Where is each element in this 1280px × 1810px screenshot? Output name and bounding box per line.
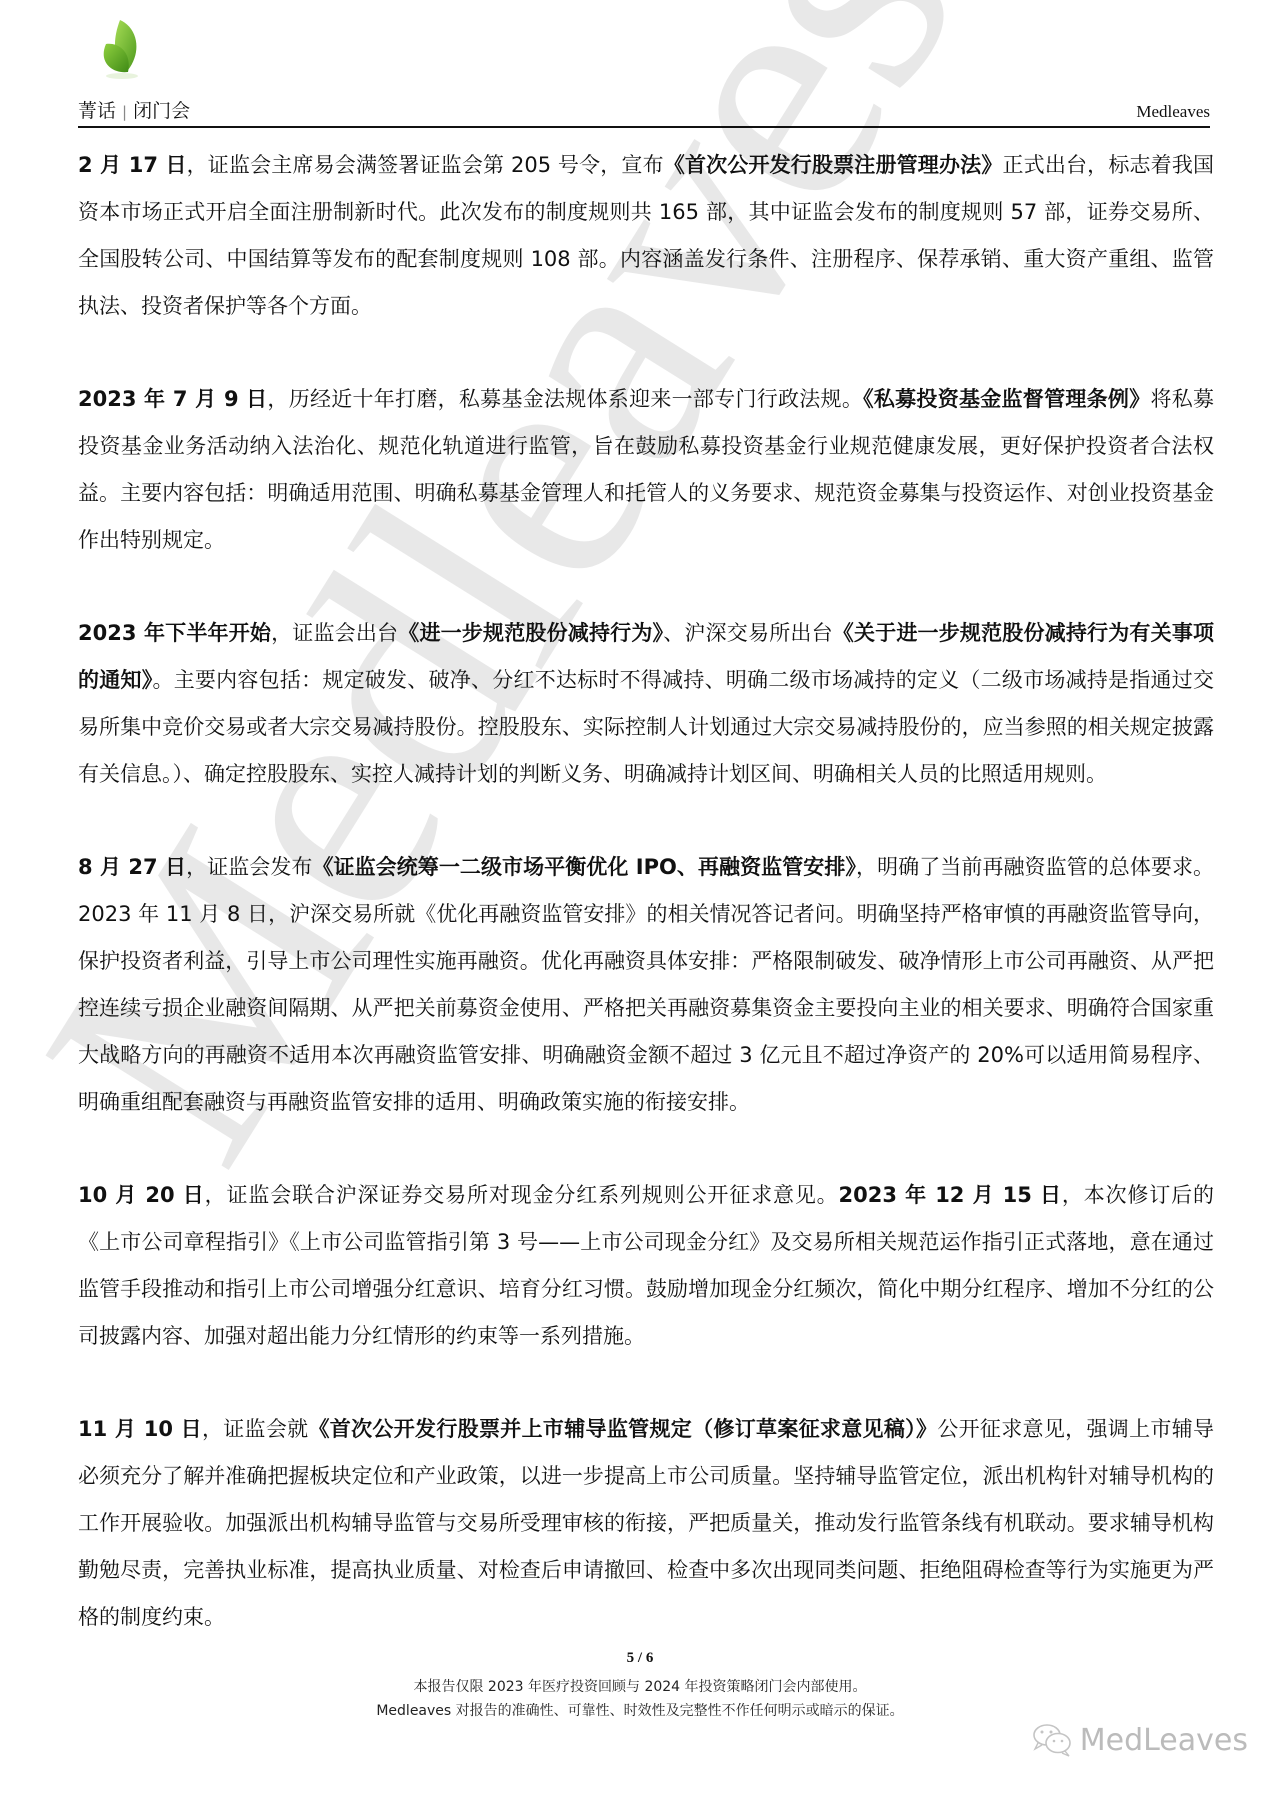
- wechat-source-badge: MedLeaves: [1032, 1722, 1248, 1758]
- date-label: 11 月 10 日: [78, 1417, 202, 1441]
- footer-disclaimer-warranty: Medleaves 对报告的准确性、可靠性、时效性及完整性不作任何明示或暗示的保…: [0, 1699, 1280, 1723]
- paragraph-text: ，明确了当前再融资监管的总体要求。2023 年 11 月 8 日，沪深交易所就《…: [78, 855, 1214, 1114]
- paragraph-text: ，证监会出台: [271, 621, 398, 645]
- paragraph-text: ，本次修订后的《上市公司章程指引》《上市公司监管指引第 3 号——上市公司现金分…: [78, 1183, 1214, 1348]
- regulation-title: 《证监会统筹一二级市场平衡优化 IPO、再融资监管安排》: [312, 855, 856, 879]
- paragraph-text: 公开征求意见，强调上市辅导必须充分了解并准确把握板块定位和产业政策，以进一步提高…: [78, 1417, 1214, 1629]
- header-section: 闭门会: [133, 100, 190, 122]
- regulation-title: 《私募投资基金监督管理条例》: [863, 387, 1150, 411]
- header-company: Medleaves: [1136, 102, 1210, 126]
- date-label: 2 月 17 日: [78, 153, 187, 177]
- date-label: 2023 年下半年开始: [78, 621, 271, 645]
- footer-disclaimer-usage: 本报告仅限 2023 年医疗投资回顾与 2024 年投资策略闭门会内部使用。: [0, 1675, 1280, 1699]
- paragraph-text: ，证监会就: [202, 1417, 309, 1441]
- wechat-icon: [1032, 1722, 1074, 1758]
- paragraph-text: ，历经近十年打磨，私募基金法规体系迎来一部专门行政法规。: [267, 387, 863, 411]
- header-title: 菁话|闭门会: [78, 96, 190, 126]
- page-header: 菁话|闭门会 Medleaves: [78, 96, 1210, 128]
- paragraph-text: ，证监会发布: [186, 855, 312, 879]
- page-number: 5 / 6: [0, 1650, 1280, 1667]
- paragraph-text: 。主要内容包括：规定破发、破净、分红不达标时不得减持、明确二级市场减持的定义（二…: [78, 668, 1214, 786]
- header-brand: 菁话: [78, 100, 116, 122]
- paragraph-text: 、沪深交易所出台: [663, 621, 833, 645]
- paragraph-text: 将私募投资基金业务活动纳入法治化、规范化轨道进行监管，旨在鼓励私募投资基金行业规…: [78, 387, 1214, 552]
- paragraph-refinancing: 8 月 27 日，证监会发布《证监会统筹一二级市场平衡优化 IPO、再融资监管安…: [78, 844, 1214, 1126]
- regulation-title: 《首次公开发行股票注册管理办法》: [664, 153, 1003, 177]
- date-label: 2023 年 12 月 15 日: [839, 1183, 1062, 1207]
- leaf-logo-icon: [92, 18, 162, 80]
- regulation-title: 《进一步规范股份减持行为》: [398, 621, 663, 645]
- paragraph-private-fund: 2023 年 7 月 9 日，历经近十年打磨，私募基金法规体系迎来一部专门行政法…: [78, 376, 1214, 564]
- paragraph-dividend: 10 月 20 日，证监会联合沪深证券交易所对现金分红系列规则公开征求意见。20…: [78, 1172, 1214, 1360]
- date-label: 2023 年 7 月 9 日: [78, 387, 267, 411]
- regulation-title: 《首次公开发行股票并上市辅导监管规定（修订草案征求意见稿）》: [309, 1417, 938, 1441]
- document-body: 2 月 17 日，证监会主席易会满签署证监会第 205 号令，宣布《首次公开发行…: [78, 142, 1214, 1641]
- paragraph-text: 正式出台，标志着我国资本市场正式开启全面注册制新时代。此次发布的制度规则共 16…: [78, 153, 1214, 318]
- paragraph-ipo-registration: 2 月 17 日，证监会主席易会满签署证监会第 205 号令，宣布《首次公开发行…: [78, 142, 1214, 330]
- paragraph-text: ，证监会主席易会满签署证监会第 205 号令，宣布: [187, 153, 664, 177]
- paragraph-text: ，证监会联合沪深证券交易所对现金分红系列规则公开征求意见。: [205, 1183, 839, 1207]
- page-footer: 5 / 6 本报告仅限 2023 年医疗投资回顾与 2024 年投资策略闭门会内…: [0, 1650, 1280, 1723]
- paragraph-share-reduction: 2023 年下半年开始，证监会出台《进一步规范股份减持行为》、沪深交易所出台《关…: [78, 610, 1214, 798]
- header-separator: |: [122, 103, 127, 121]
- date-label: 10 月 20 日: [78, 1183, 205, 1207]
- date-label: 8 月 27 日: [78, 855, 186, 879]
- wechat-account-name: MedLeaves: [1080, 1723, 1248, 1758]
- paragraph-listing-guidance: 11 月 10 日，证监会就《首次公开发行股票并上市辅导监管规定（修订草案征求意…: [78, 1406, 1214, 1641]
